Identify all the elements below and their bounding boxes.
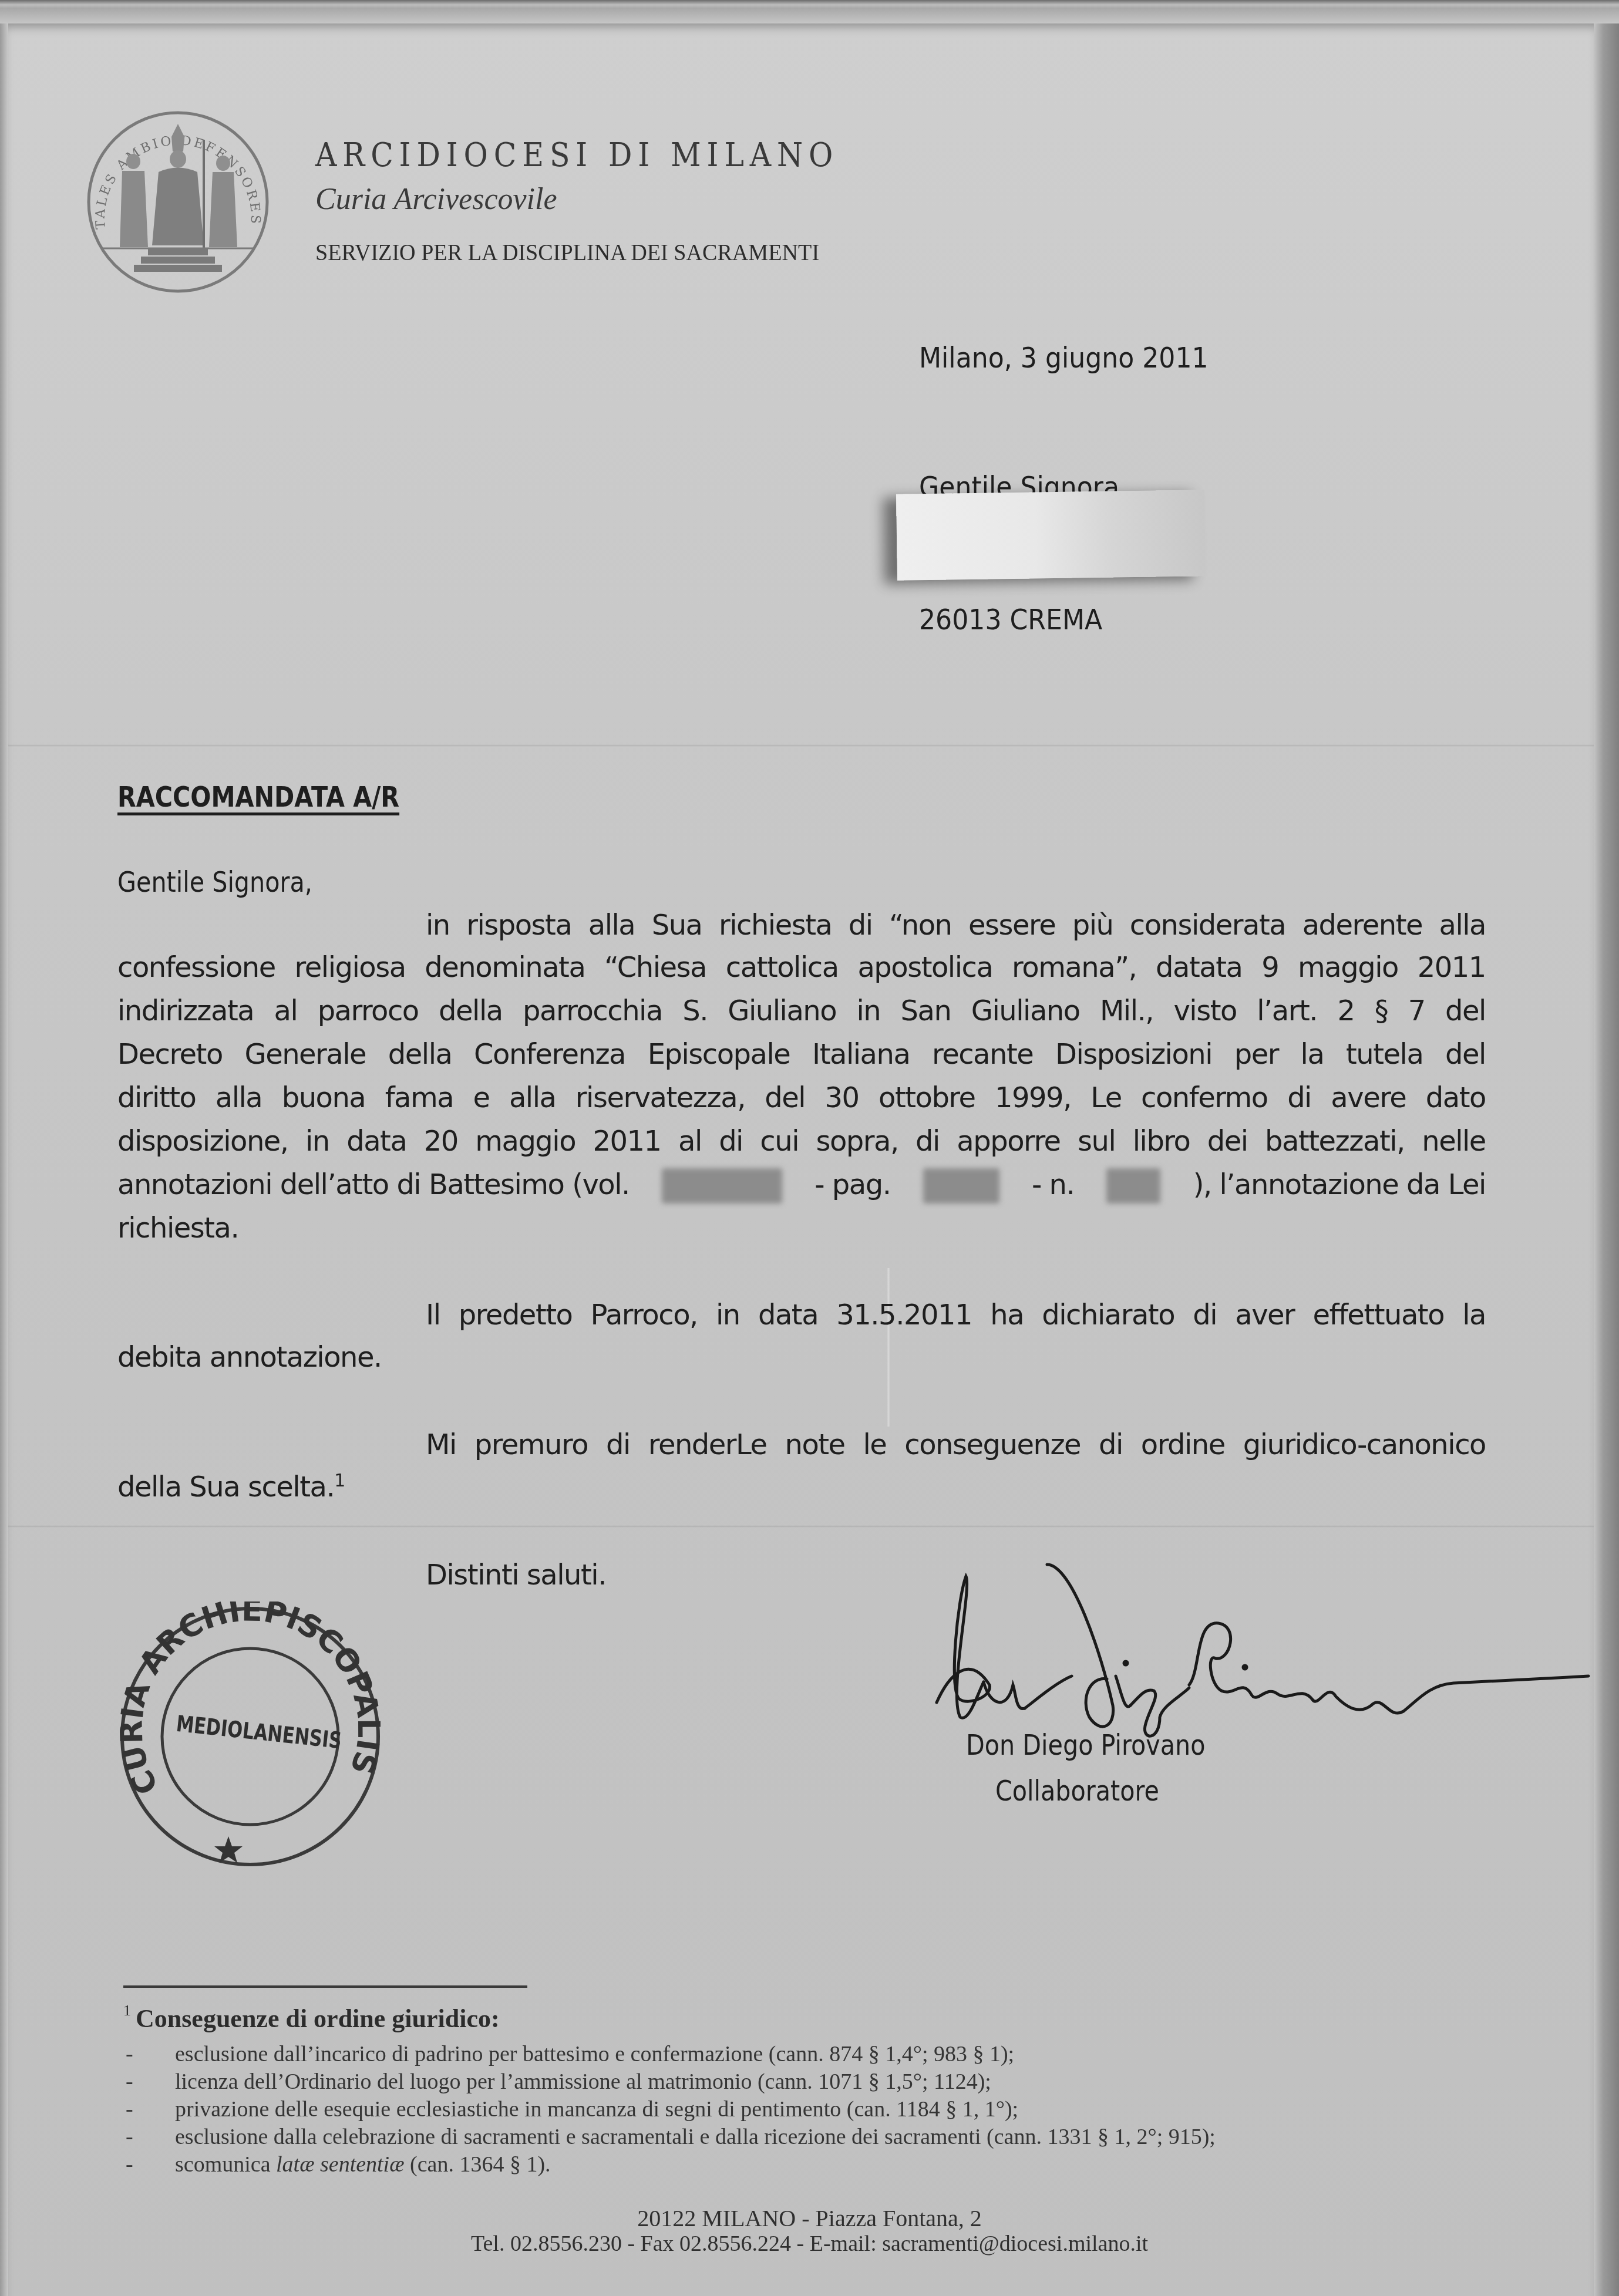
word: religiosa bbox=[295, 951, 406, 984]
footnote-divider bbox=[123, 1985, 527, 1988]
word: Italiana bbox=[812, 1038, 910, 1071]
word: di bbox=[1193, 1299, 1217, 1331]
word: Generale bbox=[244, 1038, 366, 1071]
record-sep-page: - pag. bbox=[814, 1168, 890, 1203]
word: l’art. bbox=[1257, 994, 1317, 1027]
word: di bbox=[915, 1125, 940, 1158]
redacted-number bbox=[1106, 1168, 1160, 1203]
word: giuridico-canonico bbox=[1243, 1428, 1486, 1461]
word: data bbox=[758, 1299, 818, 1331]
footnote-item: -scomunica latæ sententiæ (can. 1364 § 1… bbox=[123, 2151, 1216, 2179]
paragraph-line: debita annotazione. bbox=[117, 1341, 1486, 1374]
word: San bbox=[901, 994, 951, 1027]
word: sul bbox=[1078, 1125, 1115, 1158]
word: buona bbox=[282, 1081, 366, 1114]
letterhead-title: ARCIDIOCESI DI MILANO bbox=[315, 136, 839, 174]
word: avere bbox=[1331, 1081, 1406, 1114]
footnote-item: -privazione delle esequie ecclesiastiche… bbox=[123, 2096, 1216, 2123]
footnote-item-text: (can. 1364 § 1). bbox=[405, 2152, 551, 2177]
svg-text:MEDIOLANENSIS: MEDIOLANENSIS bbox=[175, 1711, 343, 1754]
word: riservatezza, bbox=[575, 1081, 745, 1114]
word: del bbox=[1445, 1038, 1486, 1071]
footnote-item-latin: latæ sententiæ bbox=[276, 2152, 405, 2177]
word: di bbox=[719, 1125, 743, 1158]
word: conseguenze bbox=[904, 1428, 1081, 1461]
paragraph-line: richiesta. bbox=[117, 1212, 1486, 1245]
word: diritto bbox=[117, 1081, 196, 1114]
paper-fold bbox=[8, 1525, 1594, 1528]
frame-top-edge bbox=[0, 0, 1619, 23]
word: Il bbox=[426, 1299, 440, 1331]
word: alla bbox=[1439, 909, 1486, 942]
word: maggio bbox=[475, 1125, 575, 1158]
paragraph-line: dirittoallabuonafamaeallariservatezza,de… bbox=[117, 1081, 1486, 1114]
paragraph-line: MipremurodirenderLenoteleconseguenzedior… bbox=[426, 1428, 1486, 1461]
word: confessione bbox=[117, 951, 275, 984]
footer-contacts: Tel. 02.8556.230 - Fax 02.8556.224 - E-m… bbox=[0, 2231, 1619, 2257]
word: richiesta bbox=[719, 909, 832, 942]
footnote-item-text: licenza dell’Ordinario del luogo per l’a… bbox=[175, 2069, 991, 2094]
word: cui bbox=[760, 1125, 799, 1158]
word: considerata bbox=[1130, 909, 1285, 942]
word: parrocchia bbox=[523, 994, 662, 1027]
footnote-item: -esclusione dalla celebrazione di sacram… bbox=[123, 2123, 1216, 2151]
word: ordine bbox=[1141, 1428, 1225, 1461]
word: di bbox=[1099, 1428, 1123, 1461]
word: del bbox=[765, 1081, 805, 1114]
word: al bbox=[678, 1125, 702, 1158]
word: di bbox=[849, 909, 873, 942]
word: predetto bbox=[459, 1299, 573, 1331]
word: risposta bbox=[466, 909, 571, 942]
word: alla bbox=[216, 1081, 262, 1114]
word: parroco bbox=[318, 994, 419, 1027]
word: 1999, bbox=[995, 1081, 1071, 1114]
word: sopra, bbox=[816, 1125, 898, 1158]
word: apostolica bbox=[857, 951, 992, 984]
word: confermo bbox=[1141, 1081, 1268, 1114]
word: romana”, bbox=[1012, 951, 1136, 984]
bullet-dash: - bbox=[126, 2096, 133, 2123]
word: effettuato bbox=[1313, 1299, 1445, 1331]
word: § bbox=[1375, 994, 1388, 1027]
word: Decreto bbox=[117, 1038, 223, 1071]
word: premuro bbox=[474, 1428, 588, 1461]
word: recante bbox=[932, 1038, 1033, 1071]
signer-name: Don Diego Pirovano bbox=[966, 1729, 1205, 1762]
redacted-page bbox=[923, 1168, 999, 1203]
word: Le bbox=[1090, 1081, 1121, 1114]
word: della bbox=[388, 1038, 452, 1071]
word: tutela bbox=[1346, 1038, 1423, 1071]
word: in bbox=[856, 994, 880, 1027]
word: 31.5.2011 bbox=[836, 1299, 972, 1331]
footnote-heading: Conseguenze di ordine giuridico: bbox=[136, 2004, 500, 2033]
word: Mi bbox=[426, 1428, 456, 1461]
bullet-dash: - bbox=[126, 2151, 133, 2179]
paragraph-line: IlpredettoParroco,indata31.5.2011hadichi… bbox=[426, 1299, 1486, 1331]
baptism-record-line: annotazioni dell’atto di Battesimo (vol.… bbox=[117, 1168, 1486, 1203]
footnote-reference[interactable]: 1 bbox=[334, 1471, 345, 1503]
footnote-title: 1Conseguenze di ordine giuridico: bbox=[123, 2002, 500, 2034]
word: Disposizioni bbox=[1055, 1038, 1212, 1071]
word: datata bbox=[1156, 951, 1242, 984]
word: visto bbox=[1173, 994, 1236, 1027]
footnote-item-text: privazione delle esequie ecclesiastiche … bbox=[175, 2097, 1018, 2122]
bullet-dash: - bbox=[126, 2068, 133, 2096]
word: dato bbox=[1426, 1081, 1486, 1114]
recipient-name-redaction bbox=[896, 490, 1206, 580]
word: Conferenza bbox=[474, 1038, 625, 1071]
word: alla bbox=[509, 1081, 556, 1114]
word: note bbox=[785, 1428, 844, 1461]
word: maggio bbox=[1298, 951, 1398, 984]
footnote-list: -esclusione dall’incarico di padrino per… bbox=[123, 2041, 1216, 2179]
redacted-volume bbox=[662, 1168, 782, 1203]
word: cattolica bbox=[726, 951, 839, 984]
footnote-item-text: scomunica bbox=[175, 2152, 276, 2177]
bullet-dash: - bbox=[126, 2123, 133, 2151]
word: la bbox=[1462, 1299, 1486, 1331]
word: Giuliano bbox=[971, 994, 1080, 1027]
footnote-item: -esclusione dall’incarico di padrino per… bbox=[123, 2041, 1216, 2068]
word: “Chiesa bbox=[604, 951, 706, 984]
word: le bbox=[863, 1428, 887, 1461]
word: 2 bbox=[1337, 994, 1354, 1027]
word: apporre bbox=[957, 1125, 1060, 1158]
word: in bbox=[305, 1125, 329, 1158]
word: di bbox=[1287, 1081, 1311, 1114]
word: di bbox=[606, 1428, 630, 1461]
word: aderente bbox=[1302, 909, 1422, 942]
record-prefix: annotazioni dell’atto di Battesimo (vol. bbox=[117, 1168, 630, 1203]
word: in bbox=[426, 909, 450, 942]
bullet-dash: - bbox=[126, 2041, 133, 2068]
word: renderLe bbox=[648, 1428, 767, 1461]
paragraph-line: indirizzataalparrocodellaparrocchiaS.Giu… bbox=[117, 994, 1486, 1027]
word: disposizione, bbox=[117, 1125, 288, 1158]
paragraph-line: della Sua scelta.1 bbox=[117, 1471, 1486, 1503]
word: del bbox=[1445, 994, 1486, 1027]
curia-stamp-icon: CURIA ARCHIEPISCOPALIS MEDIOLANENSIS bbox=[115, 1602, 385, 1872]
footnote-item-text: esclusione dall’incarico di padrino per … bbox=[175, 2042, 1014, 2066]
paragraph-line: DecretoGeneraledellaConferenzaEpiscopale… bbox=[117, 1038, 1486, 1071]
paragraph-line: disposizione,indata20maggio2011aldicuiso… bbox=[117, 1125, 1486, 1158]
footer-address: 20122 MILANO - Piazza Fontana, 2 bbox=[0, 2204, 1619, 2232]
word: 7 bbox=[1408, 994, 1425, 1027]
word: più bbox=[1072, 909, 1113, 942]
word: della bbox=[439, 994, 503, 1027]
word: Episcopale bbox=[648, 1038, 790, 1071]
word: alla bbox=[588, 909, 635, 942]
signer-role: Collaboratore bbox=[995, 1775, 1159, 1808]
record-sep-number: - n. bbox=[1032, 1168, 1074, 1203]
word: 2011 bbox=[1418, 951, 1486, 984]
footnote-item: -licenza dell’Ordinario del luogo per l’… bbox=[123, 2068, 1216, 2096]
paragraph-text: della Sua scelta. bbox=[117, 1471, 334, 1503]
registered-mail-label: RACCOMANDATA A/R bbox=[117, 781, 399, 814]
word: aver bbox=[1235, 1299, 1294, 1331]
footnote-item-text: esclusione dalla celebrazione di sacrame… bbox=[175, 2125, 1216, 2149]
word: 2011 bbox=[593, 1125, 661, 1158]
word: Sua bbox=[652, 909, 702, 942]
word: ottobre bbox=[878, 1081, 975, 1114]
word: per bbox=[1234, 1038, 1278, 1071]
paragraph-line: confessionereligiosadenominata“Chiesacat… bbox=[117, 951, 1486, 984]
letter-date: Milano, 3 giugno 2011 bbox=[919, 342, 1209, 375]
footnote-mark: 1 bbox=[123, 2002, 131, 2019]
word: “non bbox=[889, 909, 951, 942]
letter-page bbox=[8, 23, 1594, 2296]
word: S. bbox=[682, 994, 708, 1027]
paper-fold bbox=[8, 744, 1594, 747]
paragraph-line: inrispostaallaSuarichiestadi“nonesserepi… bbox=[426, 909, 1486, 942]
word: dei bbox=[1207, 1125, 1248, 1158]
letterhead-subtitle: Curia Arcivescovile bbox=[315, 182, 557, 217]
word: 9 bbox=[1261, 951, 1278, 984]
word: 20 bbox=[424, 1125, 458, 1158]
recipient-city: 26013 CREMA bbox=[919, 603, 1102, 636]
word: al bbox=[274, 994, 298, 1027]
word: nelle bbox=[1422, 1125, 1486, 1158]
word: e bbox=[473, 1081, 490, 1114]
word: denominata bbox=[425, 951, 585, 984]
word: battezzati, bbox=[1265, 1125, 1405, 1158]
word: Parroco, bbox=[591, 1299, 698, 1331]
greeting: Gentile Signora, bbox=[117, 866, 312, 899]
handwritten-signature-icon bbox=[913, 1559, 1594, 1752]
word: la bbox=[1301, 1038, 1324, 1071]
letterhead-service: SERVIZIO PER LA DISCIPLINA DEI SACRAMENT… bbox=[315, 238, 819, 266]
word: dichiarato bbox=[1042, 1299, 1174, 1331]
word: libro bbox=[1133, 1125, 1190, 1158]
word: fama bbox=[385, 1081, 453, 1114]
archdiocese-seal-icon: TALES AMBIO DEFENSORES bbox=[83, 107, 272, 296]
word: 30 bbox=[825, 1081, 859, 1114]
word: in bbox=[716, 1299, 740, 1331]
word: data bbox=[346, 1125, 406, 1158]
svg-text:CURIA ARCHIEPISCOPALIS: CURIA ARCHIEPISCOPALIS bbox=[115, 1602, 385, 1800]
record-suffix: ), l’annotazione da Lei bbox=[1193, 1168, 1486, 1203]
word: essere bbox=[968, 909, 1055, 942]
word: ha bbox=[990, 1299, 1024, 1331]
word: indirizzata bbox=[117, 994, 254, 1027]
word: Mil., bbox=[1100, 994, 1153, 1027]
word: Giuliano bbox=[728, 994, 836, 1027]
